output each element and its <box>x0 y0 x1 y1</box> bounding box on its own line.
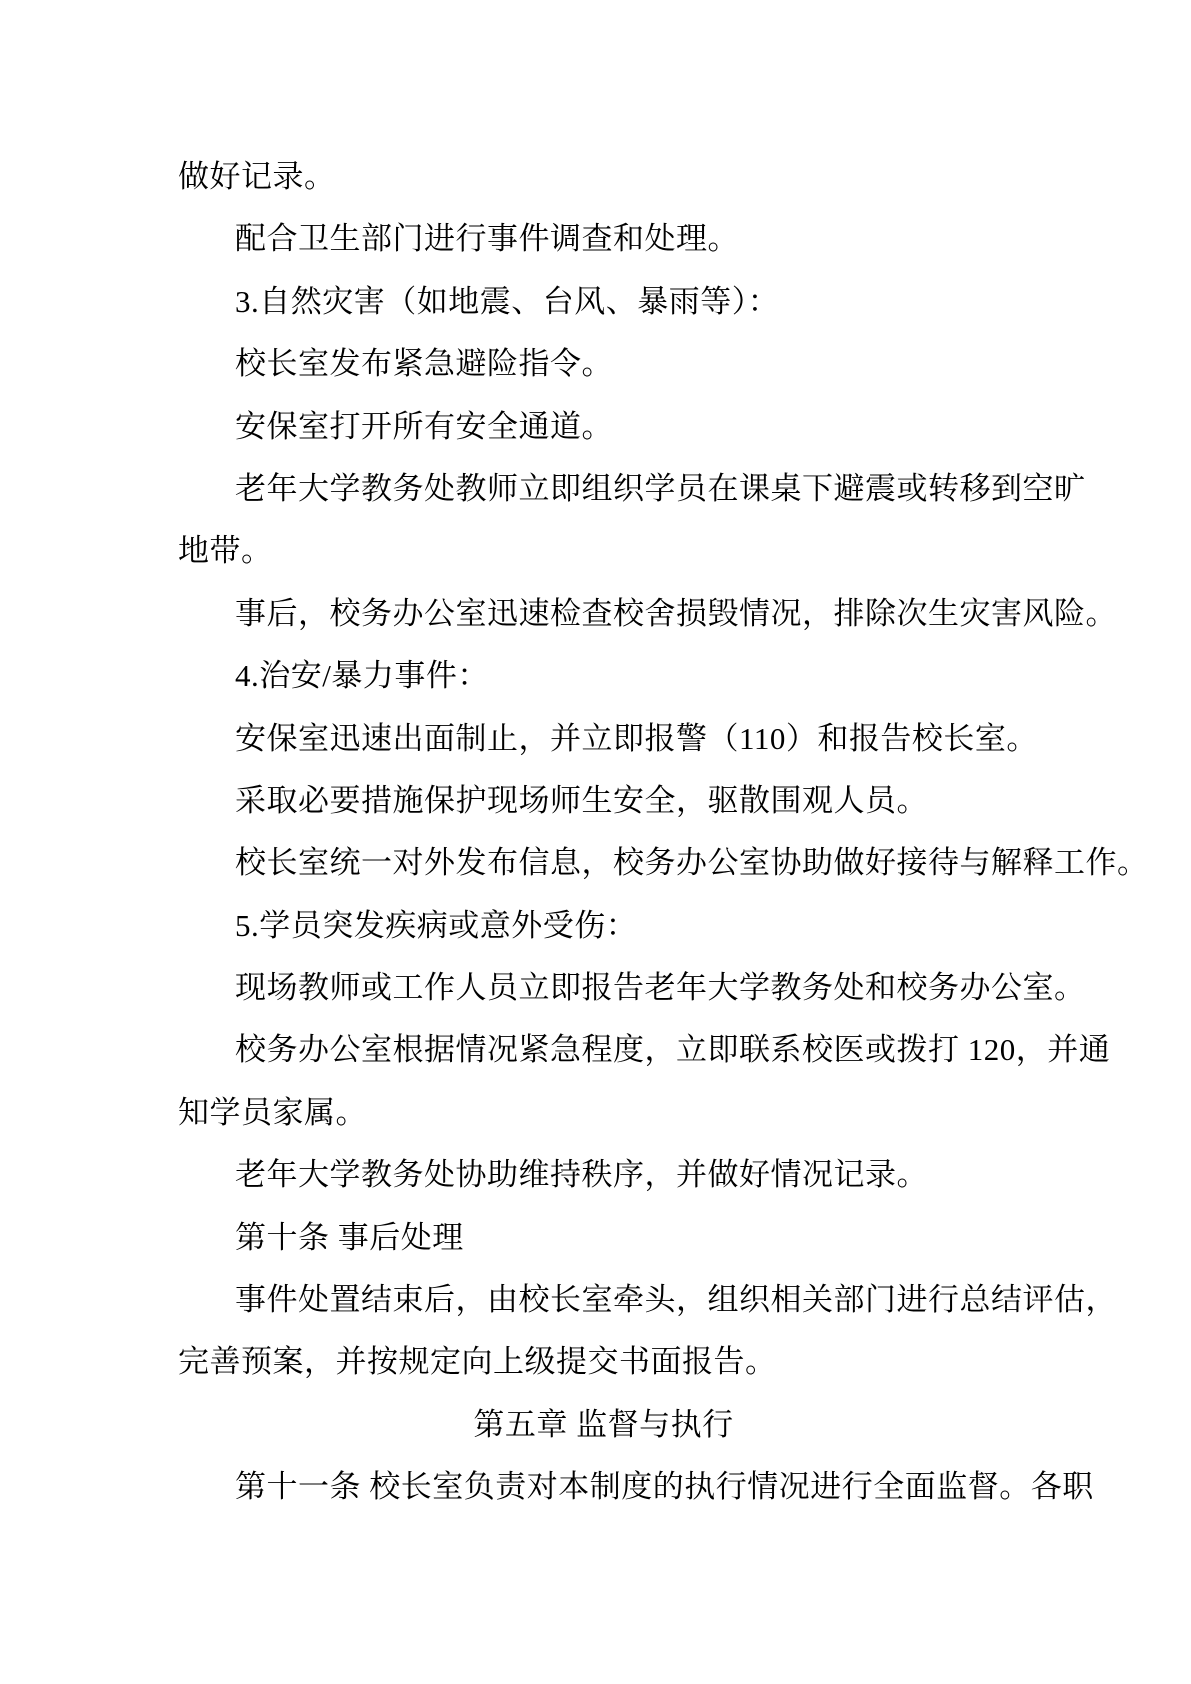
text-line: 老年大学教务处协助维持秩序，并做好情况记录。 <box>178 1144 1029 1206</box>
text-line: 地带。 <box>178 520 1029 582</box>
text-line: 第十一条 校长室负责对本制度的执行情况进行全面监督。各职 <box>178 1456 1029 1518</box>
text-line: 5.学员突发疾病或意外受伤： <box>178 895 1029 957</box>
text-line: 做好记录。 <box>178 146 1029 208</box>
text-line: 事后，校务办公室迅速检查校舍损毁情况，排除次生灾害风险。 <box>178 583 1029 645</box>
text-line: 事件处置结束后，由校长室牵头，组织相关部门进行总结评估， <box>178 1269 1029 1331</box>
text-line: 采取必要措施保护现场师生安全，驱散围观人员。 <box>178 770 1029 832</box>
text-line: 配合卫生部门进行事件调查和处理。 <box>178 208 1029 270</box>
text-line: 校长室统一对外发布信息，校务办公室协助做好接待与解释工作。 <box>178 832 1029 894</box>
text-line: 4.治安/暴力事件： <box>178 645 1029 707</box>
text-line: 3.自然灾害（如地震、台风、暴雨等）： <box>178 271 1029 333</box>
text-line: 第十条 事后处理 <box>178 1207 1029 1269</box>
text-line: 校长室发布紧急避险指令。 <box>178 333 1029 395</box>
text-line: 现场教师或工作人员立即报告老年大学教务处和校务办公室。 <box>178 957 1029 1019</box>
document-text-block: 做好记录。配合卫生部门进行事件调查和处理。3.自然灾害（如地震、台风、暴雨等）：… <box>178 146 1029 1519</box>
text-line: 校务办公室根据情况紧急程度，立即联系校医或拨打 120，并通 <box>178 1019 1029 1081</box>
text-line: 安保室打开所有安全通道。 <box>178 396 1029 458</box>
text-line: 完善预案，并按规定向上级提交书面报告。 <box>178 1331 1029 1393</box>
text-line: 安保室迅速出面制止，并立即报警（110）和报告校长室。 <box>178 708 1029 770</box>
document-page: 做好记录。配合卫生部门进行事件调查和处理。3.自然灾害（如地震、台风、暴雨等）：… <box>0 0 1191 1684</box>
text-line: 知学员家属。 <box>178 1082 1029 1144</box>
text-line: 第五章 监督与执行 <box>178 1394 1029 1456</box>
text-line: 老年大学教务处教师立即组织学员在课桌下避震或转移到空旷 <box>178 458 1029 520</box>
